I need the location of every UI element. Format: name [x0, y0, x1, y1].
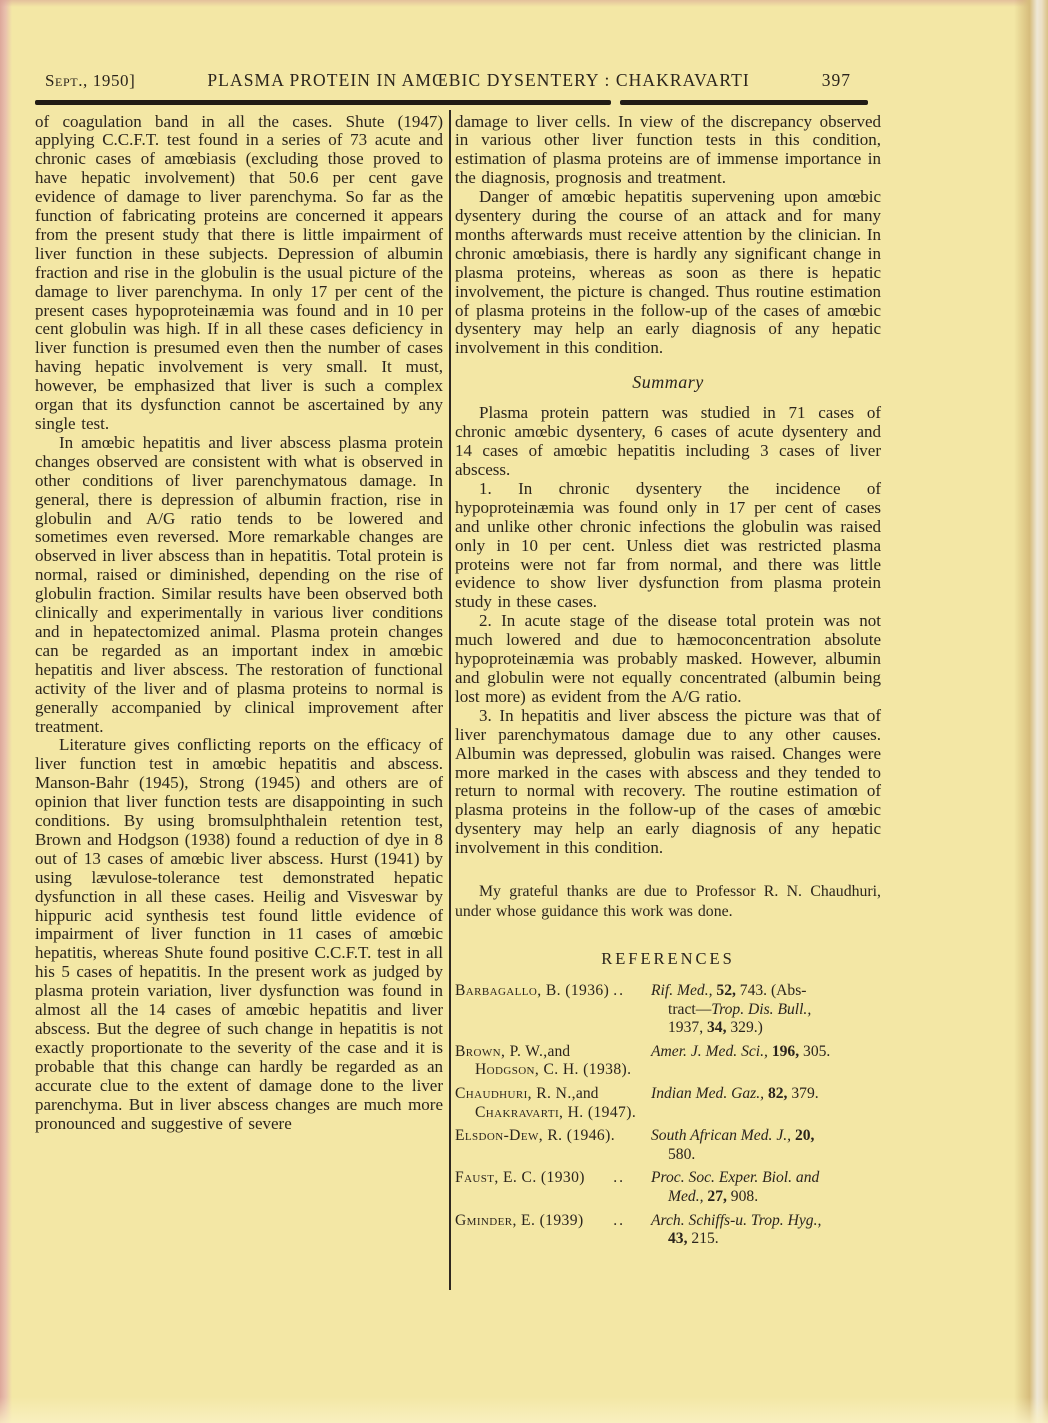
author-segment: Elsdon-Dew, R. (1946). — [455, 1127, 615, 1146]
summary-paragraph: Plasma protein pattern was studied in 71… — [455, 404, 881, 480]
reference-author-line: Chakravarti, H. (1947). — [455, 1104, 651, 1123]
body-paragraph: of coagulation band in all the cases. Sh… — [35, 113, 443, 434]
body-paragraph: Danger of amœbic hepatitis supervening u… — [455, 188, 881, 358]
page-title: PLASMA PROTEIN IN AMŒBIC DYSENTERY : CHA… — [207, 70, 749, 91]
author-segment: Barbagallo, B. (1936) — [455, 982, 609, 1001]
citation-segment: 580. — [668, 1146, 695, 1163]
citation-segment: 27, — [707, 1188, 727, 1205]
reference-entry: Faust, E. C. (1930)..Proc. Soc. Exper. B… — [455, 1169, 881, 1206]
citation-segment: 34, — [707, 1019, 727, 1036]
citation-segment: Amer. J. Med. Sci., — [651, 1043, 772, 1060]
citation-segment: Proc. Soc. Exper. Biol. and — [651, 1169, 819, 1186]
reference-citation-line: tract—Trop. Dis. Bull., — [651, 1001, 881, 1020]
reference-citation-line: Amer. J. Med. Sci., 196, 305. — [651, 1043, 881, 1062]
dot-leaders: .. — [613, 1212, 625, 1231]
references-list: Barbagallo, B. (1936)..Rif. Med., 52, 74… — [455, 982, 881, 1249]
reference-citation: Rif. Med., 52, 743. (Abs-tract—Trop. Dis… — [651, 982, 881, 1038]
reference-author: Chaudhuri, R. N., andChakravarti, H. (19… — [455, 1085, 651, 1122]
summary-heading: Summary — [455, 372, 881, 393]
citation-segment: South African Med. J., — [651, 1127, 795, 1144]
dot-leaders: .. — [613, 982, 625, 1001]
scanned-journal-page: { "colors": { "paper": "#f3e7a5", "ink":… — [0, 0, 1048, 1423]
reference-citation-line: 1937, 34, 329.) — [651, 1019, 881, 1038]
citation-segment: 743. (Abs- — [736, 982, 807, 999]
author-segment: Chakravarti, H. (1947). — [475, 1104, 636, 1121]
left-column: of coagulation band in all the cases. Sh… — [35, 113, 443, 1254]
reference-author: Brown, P. W., andHodgson, C. H. (1938). — [455, 1043, 651, 1080]
references-heading: REFERENCES — [455, 949, 881, 969]
summary-paragraph: 1. In chronic dysentery the incidence of… — [455, 480, 881, 612]
author-segment: and — [576, 1085, 599, 1104]
header-rule-segment — [620, 100, 868, 105]
page-edge-left — [0, 0, 12, 1423]
body-paragraph: damage to liver cells. In view of the di… — [455, 113, 881, 189]
citation-segment: 82, — [768, 1085, 788, 1102]
reference-author: Faust, E. C. (1930).. — [455, 1169, 651, 1188]
reference-entry: Chaudhuri, R. N., andChakravarti, H. (19… — [455, 1085, 881, 1122]
reference-author: Barbagallo, B. (1936).. — [455, 982, 651, 1001]
two-column-body: of coagulation band in all the cases. Sh… — [35, 113, 881, 1254]
reference-citation-line: 580. — [651, 1146, 881, 1165]
citation-segment: 20, — [795, 1127, 815, 1144]
page-number: 397 — [822, 70, 851, 91]
reference-entry: Brown, P. W., andHodgson, C. H. (1938).A… — [455, 1043, 881, 1080]
reference-citation-line: Indian Med. Gaz., 82, 379. — [651, 1085, 881, 1104]
reference-citation-line: Med., 27, 908. — [651, 1188, 881, 1207]
citation-segment: Rif. Med., — [651, 982, 716, 999]
reference-author-line: Chaudhuri, R. N., and — [455, 1085, 651, 1104]
citation-segment: 379. — [787, 1085, 818, 1102]
citation-segment: tract— — [668, 1001, 711, 1018]
reference-citation: South African Med. J., 20,580. — [651, 1127, 881, 1164]
acknowledgment: My grateful thanks are due to Professor … — [455, 882, 881, 921]
header-rule-segment — [35, 100, 611, 105]
reference-citation: Proc. Soc. Exper. Biol. andMed., 27, 908… — [651, 1169, 881, 1206]
author-segment: Chaudhuri, R. N., — [455, 1085, 576, 1104]
author-segment: Hodgson, C. H. (1938). — [475, 1061, 631, 1078]
issue-date: Sept., 1950] — [45, 71, 135, 91]
citation-segment: 43, — [668, 1230, 688, 1247]
reference-citation-line: Proc. Soc. Exper. Biol. and — [651, 1169, 881, 1188]
citation-segment: 305. — [799, 1043, 830, 1060]
page-edge-right — [1014, 0, 1048, 1423]
citation-segment: 908. — [727, 1188, 758, 1205]
reference-citation-line: 43, 215. — [651, 1230, 881, 1249]
reference-author-line: Brown, P. W., and — [455, 1043, 651, 1062]
reference-author-line: Hodgson, C. H. (1938). — [455, 1061, 651, 1080]
citation-segment: 329.) — [726, 1019, 762, 1036]
reference-author-line: Gminder, E. (1939).. — [455, 1212, 651, 1231]
page-content: Sept., 1950] PLASMA PROTEIN IN AMŒBIC DY… — [35, 70, 881, 1254]
header-rule-gap — [611, 100, 620, 105]
reference-entry: Barbagallo, B. (1936)..Rif. Med., 52, 74… — [455, 982, 881, 1038]
column-divider — [449, 110, 451, 1290]
reference-author-line: Elsdon-Dew, R. (1946). — [455, 1127, 651, 1146]
summary-paragraph: 2. In acute stage of the disease total p… — [455, 612, 881, 707]
reference-author: Elsdon-Dew, R. (1946). — [455, 1127, 651, 1146]
reference-author-line: Barbagallo, B. (1936).. — [455, 982, 651, 1001]
header-rule — [35, 100, 881, 105]
citation-segment: Med., — [668, 1188, 707, 1205]
author-segment: Faust, E. C. (1930) — [455, 1169, 585, 1188]
body-paragraph: In amœbic hepatitis and liver abscess pl… — [35, 434, 443, 737]
reference-entry: Elsdon-Dew, R. (1946).South African Med.… — [455, 1127, 881, 1164]
reference-author: Gminder, E. (1939).. — [455, 1212, 651, 1231]
reference-citation-line: Rif. Med., 52, 743. (Abs- — [651, 982, 881, 1001]
reference-citation: Arch. Schiffs-u. Trop. Hyg.,43, 215. — [651, 1212, 881, 1249]
author-segment: and — [548, 1043, 571, 1062]
citation-segment: Trop. Dis. Bull., — [711, 1001, 811, 1018]
summary-paragraph: 3. In hepatitis and liver abscess the pi… — [455, 707, 881, 858]
citation-segment: Arch. Schiffs-u. Trop. Hyg., — [651, 1212, 821, 1229]
body-paragraph: Literature gives conflicting reports on … — [35, 736, 443, 1133]
reference-citation-line: South African Med. J., 20, — [651, 1127, 881, 1146]
citation-segment: 52, — [716, 982, 736, 999]
reference-citation: Indian Med. Gaz., 82, 379. — [651, 1085, 881, 1104]
citation-segment: Indian Med. Gaz., — [651, 1085, 768, 1102]
page-edge-top — [0, 0, 1048, 7]
citation-segment: 215. — [688, 1230, 719, 1247]
reference-entry: Gminder, E. (1939)..Arch. Schiffs-u. Tro… — [455, 1212, 881, 1249]
running-header: Sept., 1950] PLASMA PROTEIN IN AMŒBIC DY… — [35, 70, 881, 91]
page-edge-bottom — [0, 1397, 1048, 1423]
right-column: damage to liver cells. In view of the di… — [455, 113, 881, 1254]
reference-author-line: Faust, E. C. (1930).. — [455, 1169, 651, 1188]
citation-segment: 1937, — [668, 1019, 707, 1036]
author-segment: Brown, P. W., — [455, 1043, 548, 1062]
author-segment: Gminder, E. (1939) — [455, 1212, 584, 1231]
reference-citation: Amer. J. Med. Sci., 196, 305. — [651, 1043, 881, 1062]
reference-citation-line: Arch. Schiffs-u. Trop. Hyg., — [651, 1212, 881, 1231]
dot-leaders: .. — [613, 1169, 625, 1188]
citation-segment: 196, — [772, 1043, 799, 1060]
